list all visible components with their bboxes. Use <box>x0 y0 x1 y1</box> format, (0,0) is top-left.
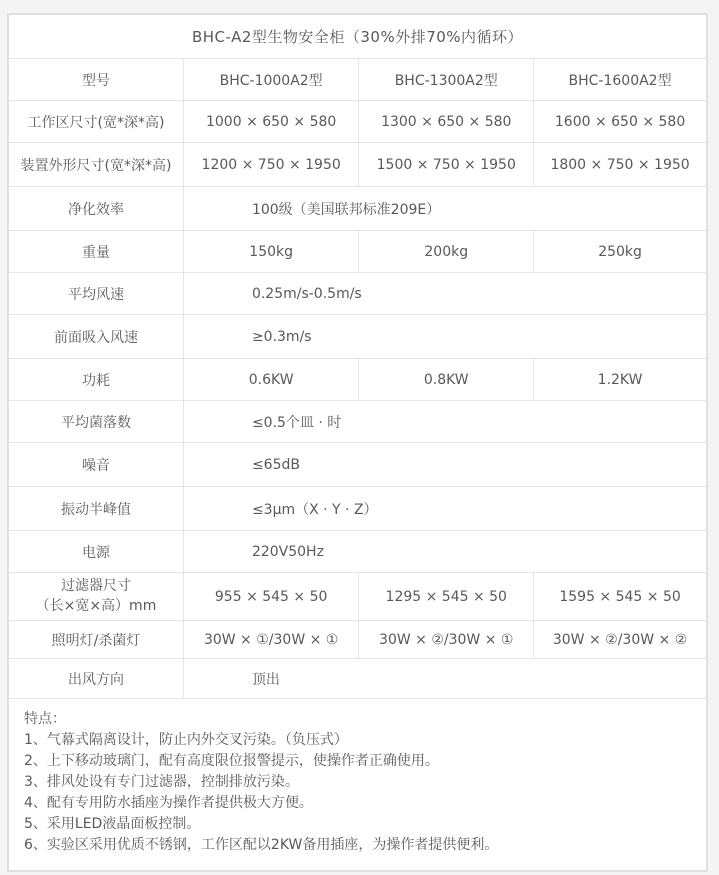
row-label-overall-size: 装置外形尺寸(宽*深*高) <box>8 143 183 187</box>
value-weight-1: 150kg <box>183 231 358 273</box>
vibration-half-peak-row: 振动半峰值 ≤3μm（X · Y · Z） <box>8 487 707 531</box>
value-purification-efficiency: 100级（美国联邦标准209E） <box>183 187 707 231</box>
purification-efficiency-row: 净化效率 100级（美国联邦标准209E） <box>8 187 707 231</box>
row-label-work-area-size: 工作区尺寸(宽*深*高) <box>8 101 183 143</box>
row-label-model: 型号 <box>8 59 183 101</box>
feature-item-3: 3、排风处设有专门过滤器，控制排放污染。 <box>24 772 690 793</box>
spec-table: BHC-A2型生物安全柜（30%外排70%内循环） 型号 BHC-1000A2型… <box>7 13 708 872</box>
row-label-vibration-half-peak: 振动半峰值 <box>8 487 183 531</box>
row-label-average-colony-count: 平均菌落数 <box>8 401 183 443</box>
air-outlet-direction-row: 出风方向 顶出 <box>8 659 707 699</box>
value-filter-size-1: 955 × 545 × 50 <box>183 573 358 621</box>
value-power-supply: 220V50Hz <box>183 531 707 573</box>
feature-item-4: 4、配有专用防水插座为操作者提供极大方便。 <box>24 793 690 814</box>
power-consumption-row: 功耗 0.6KW 0.8KW 1.2KW <box>8 359 707 401</box>
weight-row: 重量 150kg 200kg 250kg <box>8 231 707 273</box>
value-work-area-size-1: 1000 × 650 × 580 <box>183 101 358 143</box>
value-average-colony-count: ≤0.5个皿 · 时 <box>183 401 707 443</box>
features-heading: 特点： <box>24 709 690 730</box>
value-power-consumption-2: 0.8KW <box>359 359 534 401</box>
noise-row: 噪音 ≤65dB <box>8 443 707 487</box>
value-average-airspeed: 0.25m/s-0.5m/s <box>183 273 707 315</box>
value-filter-size-3: 1595 × 545 × 50 <box>534 573 707 621</box>
feature-item-1: 1、气幕式隔离设计，防止内外交叉污染。（负压式） <box>24 730 690 751</box>
value-overall-size-2: 1500 × 750 × 1950 <box>359 143 534 187</box>
feature-item-6: 6、实验区采用优质不锈钢，工作区配以2KW备用插座，为操作者提供便利。 <box>24 835 690 856</box>
filter-size-row: 过滤器尺寸 （长×宽×高）mm 955 × 545 × 50 1295 × 54… <box>8 573 707 621</box>
value-model-2: BHC-1300A2型 <box>359 59 534 101</box>
power-supply-row: 电源 220V50Hz <box>8 531 707 573</box>
average-airspeed-row: 平均风速 0.25m/s-0.5m/s <box>8 273 707 315</box>
row-label-front-inflow-speed: 前面吸入风速 <box>8 315 183 359</box>
value-front-inflow-speed: ≥0.3m/s <box>183 315 707 359</box>
row-label-average-airspeed: 平均风速 <box>8 273 183 315</box>
front-inflow-speed-row: 前面吸入风速 ≥0.3m/s <box>8 315 707 359</box>
value-lamps-3: 30W × ②/30W × ② <box>534 621 707 659</box>
title-row: BHC-A2型生物安全柜（30%外排70%内循环） <box>8 14 707 59</box>
model-row: 型号 BHC-1000A2型 BHC-1300A2型 BHC-1600A2型 <box>8 59 707 101</box>
row-label-lamps: 照明灯/杀菌灯 <box>8 621 183 659</box>
row-label-filter-size: 过滤器尺寸 （长×宽×高）mm <box>8 573 183 621</box>
value-power-consumption-3: 1.2KW <box>534 359 707 401</box>
value-model-1: BHC-1000A2型 <box>183 59 358 101</box>
value-power-consumption-1: 0.6KW <box>183 359 358 401</box>
value-vibration-half-peak: ≤3μm（X · Y · Z） <box>183 487 707 531</box>
features-section: 特点： 1、气幕式隔离设计，防止内外交叉污染。（负压式） 2、上下移动玻璃门，配… <box>8 699 707 872</box>
value-filter-size-2: 1295 × 545 × 50 <box>359 573 534 621</box>
value-noise: ≤65dB <box>183 443 707 487</box>
row-label-power-consumption: 功耗 <box>8 359 183 401</box>
lamps-row: 照明灯/杀菌灯 30W × ①/30W × ① 30W × ②/30W × ① … <box>8 621 707 659</box>
average-colony-count-row: 平均菌落数 ≤0.5个皿 · 时 <box>8 401 707 443</box>
value-work-area-size-2: 1300 × 650 × 580 <box>359 101 534 143</box>
filter-size-label-line2: （长×宽×高）mm <box>9 597 183 617</box>
filter-size-label-line1: 过滤器尺寸 <box>9 577 183 597</box>
value-model-3: BHC-1600A2型 <box>534 59 707 101</box>
feature-item-5: 5、采用LED液晶面板控制。 <box>24 814 690 835</box>
row-label-power-supply: 电源 <box>8 531 183 573</box>
row-label-weight: 重量 <box>8 231 183 273</box>
page: BHC-A2型生物安全柜（30%外排70%内循环） 型号 BHC-1000A2型… <box>0 0 719 875</box>
value-overall-size-1: 1200 × 750 × 1950 <box>183 143 358 187</box>
value-work-area-size-3: 1600 × 650 × 580 <box>534 101 707 143</box>
row-label-air-outlet-direction: 出风方向 <box>8 659 183 699</box>
overall-size-row: 装置外形尺寸(宽*深*高) 1200 × 750 × 1950 1500 × 7… <box>8 143 707 187</box>
value-weight-2: 200kg <box>359 231 534 273</box>
value-overall-size-3: 1800 × 750 × 1950 <box>534 143 707 187</box>
feature-item-2: 2、上下移动玻璃门，配有高度限位报警提示，使操作者正确使用。 <box>24 751 690 772</box>
row-label-purification-efficiency: 净化效率 <box>8 187 183 231</box>
features-row: 特点： 1、气幕式隔离设计，防止内外交叉污染。（负压式） 2、上下移动玻璃门，配… <box>8 699 707 872</box>
value-air-outlet-direction: 顶出 <box>183 659 707 699</box>
value-lamps-2: 30W × ②/30W × ① <box>359 621 534 659</box>
work-area-size-row: 工作区尺寸(宽*深*高) 1000 × 650 × 580 1300 × 650… <box>8 101 707 143</box>
table-title: BHC-A2型生物安全柜（30%外排70%内循环） <box>8 14 707 59</box>
row-label-noise: 噪音 <box>8 443 183 487</box>
value-weight-3: 250kg <box>534 231 707 273</box>
value-lamps-1: 30W × ①/30W × ① <box>183 621 358 659</box>
